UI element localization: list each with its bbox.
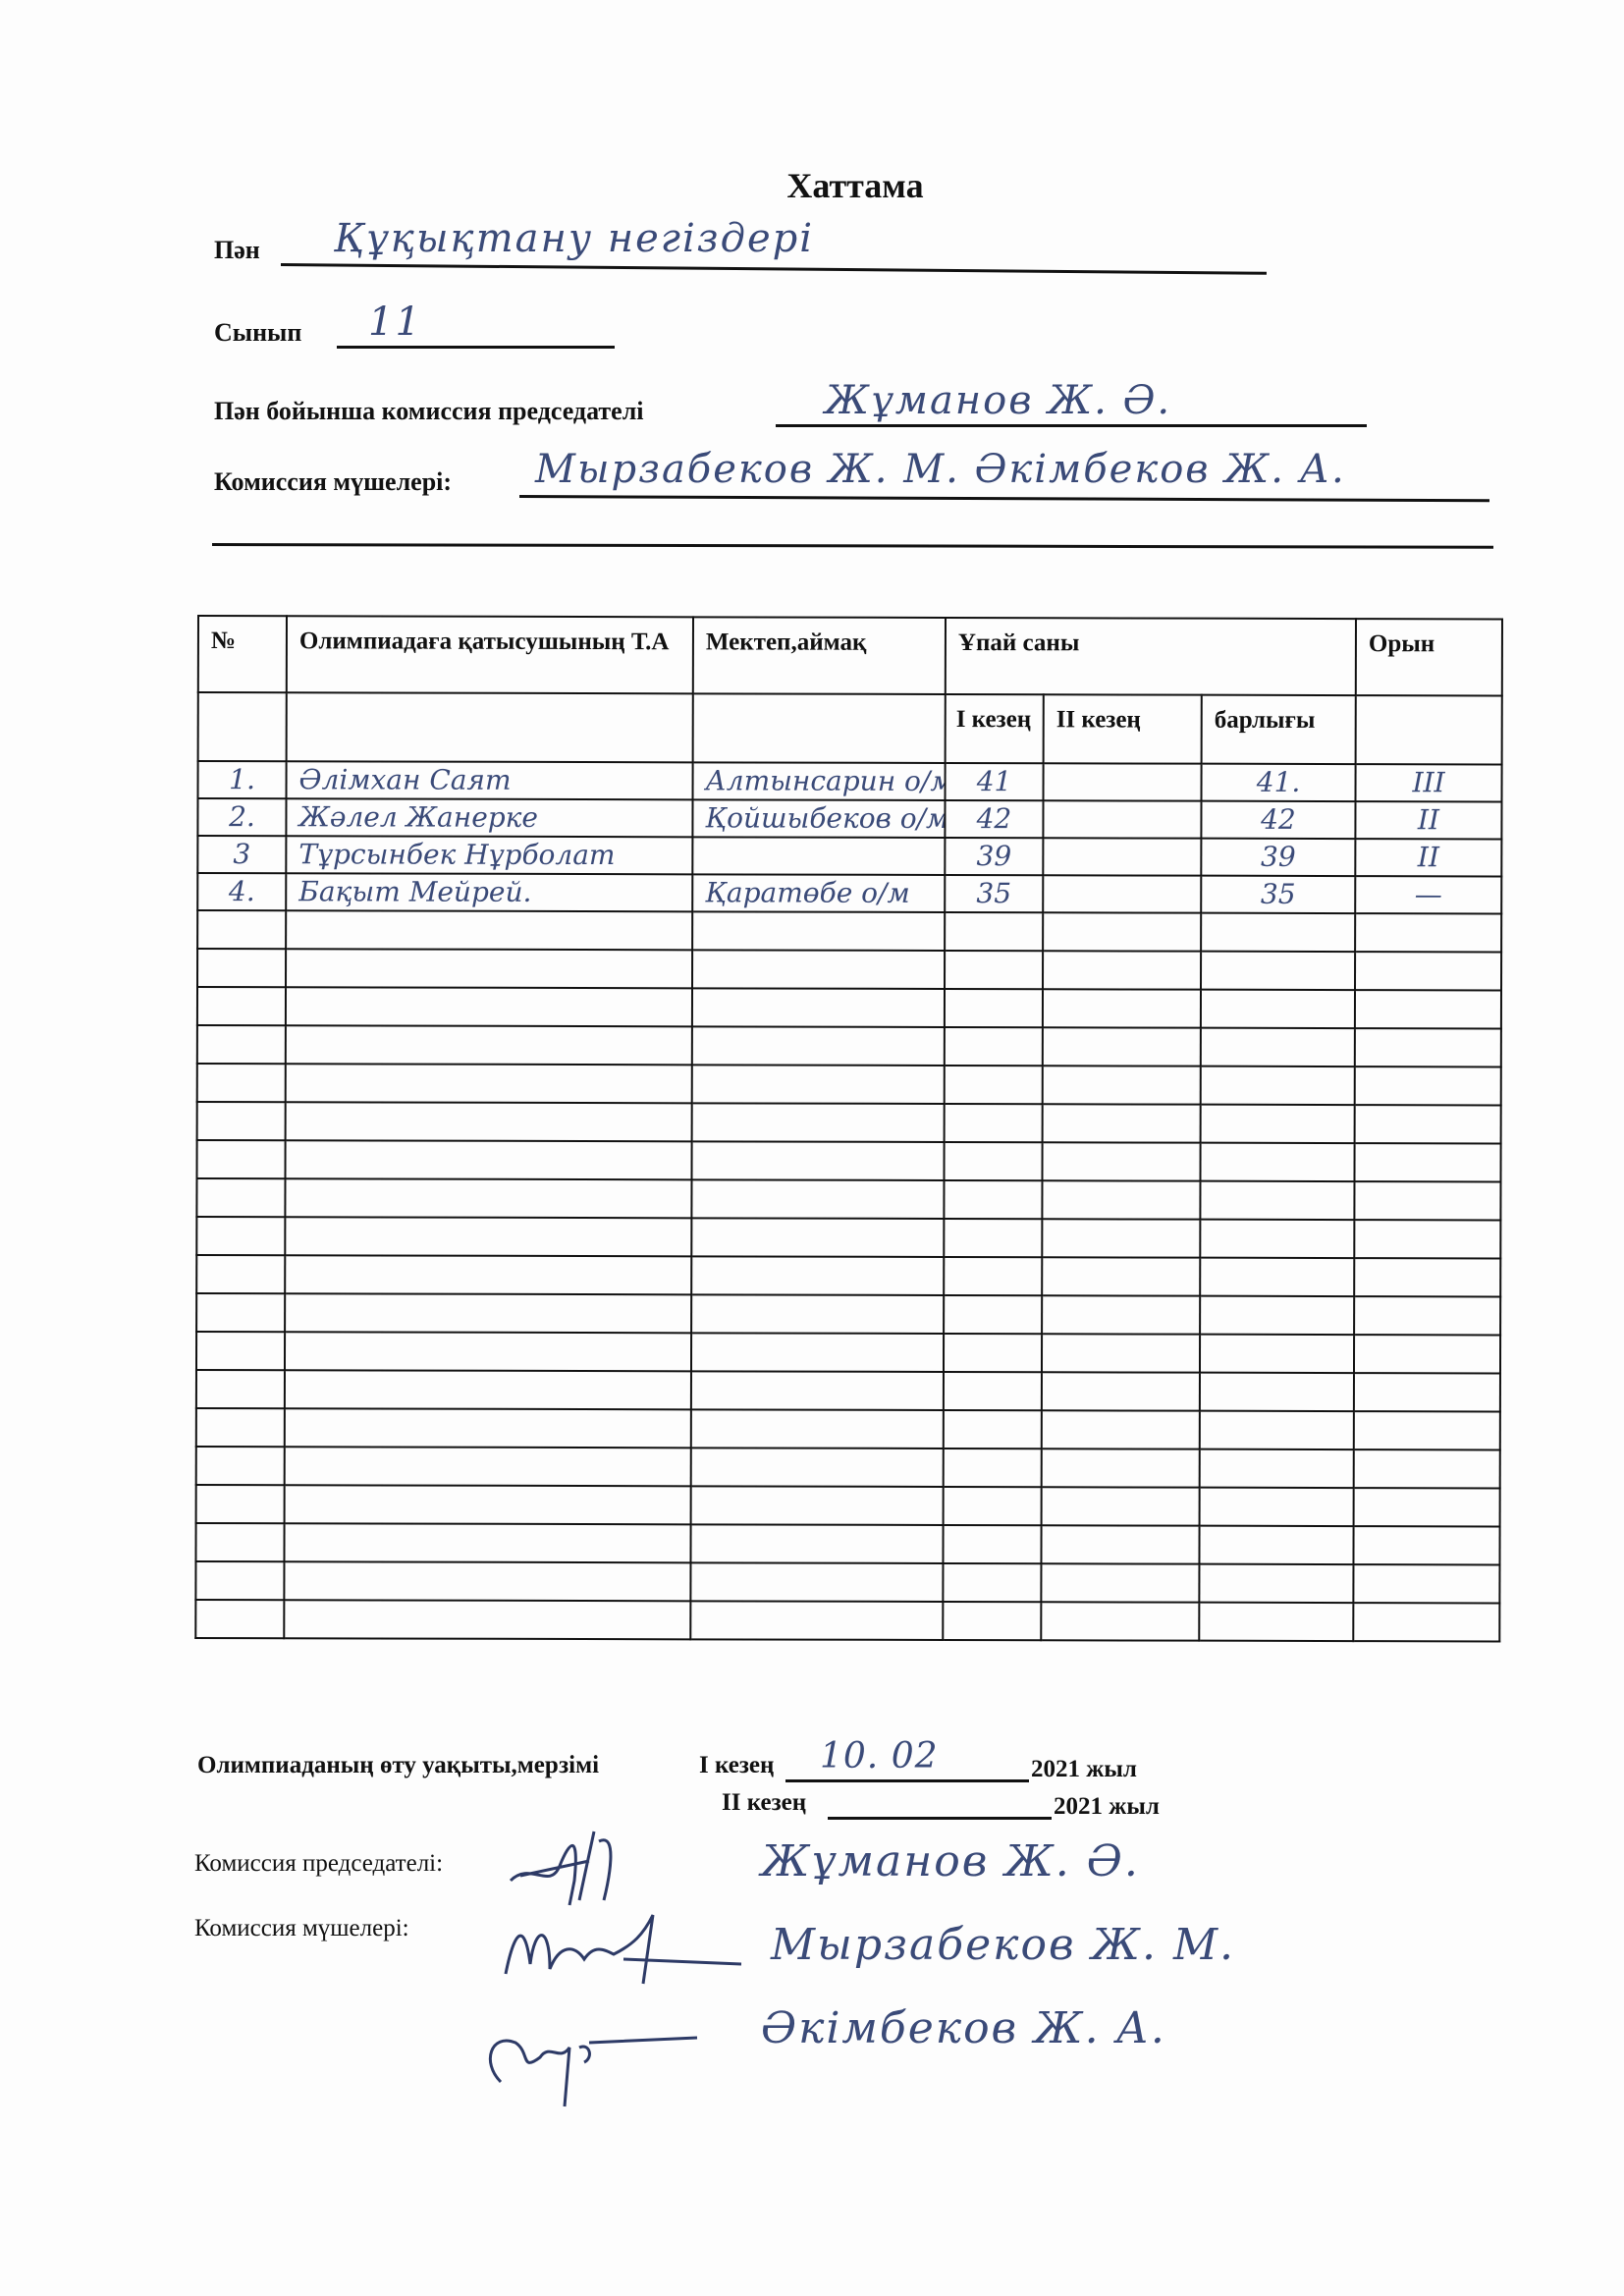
empty-cell[interactable] bbox=[943, 1602, 1041, 1640]
empty-cell[interactable] bbox=[285, 1140, 691, 1179]
empty-cell[interactable] bbox=[1201, 1066, 1355, 1105]
empty-cell[interactable] bbox=[286, 987, 692, 1026]
empty-cell[interactable] bbox=[1354, 1335, 1500, 1373]
results-table: № Олимпиадаға қатысушының Т.А Мектеп,айм… bbox=[194, 615, 1503, 1642]
stage1-score[interactable]: 35 bbox=[945, 875, 1043, 912]
document-title: Хаттама bbox=[0, 165, 1624, 206]
empty-cell[interactable] bbox=[691, 1333, 944, 1372]
empty-table-row bbox=[196, 1370, 1500, 1411]
school-name[interactable]: Қойшыбеков о/м bbox=[692, 799, 945, 838]
empty-cell[interactable] bbox=[1042, 1372, 1200, 1410]
place[interactable]: III bbox=[1356, 764, 1502, 801]
empty-cell[interactable] bbox=[691, 1141, 944, 1180]
empty-cell[interactable] bbox=[285, 1332, 691, 1371]
empty-cell[interactable] bbox=[945, 912, 1043, 951]
empty-cell[interactable] bbox=[1355, 1066, 1501, 1105]
empty-table-row bbox=[195, 1600, 1499, 1641]
participant-name[interactable]: Тұрсынбек Нұрболат bbox=[286, 836, 692, 874]
empty-cell[interactable] bbox=[1354, 1220, 1500, 1258]
empty-cell[interactable] bbox=[197, 1064, 286, 1102]
empty-cell[interactable] bbox=[1355, 1028, 1501, 1066]
empty-cell[interactable] bbox=[286, 1064, 692, 1103]
empty-cell[interactable] bbox=[1354, 1181, 1500, 1220]
total-score[interactable]: 41. bbox=[1202, 764, 1356, 801]
empty-cell[interactable] bbox=[284, 1523, 690, 1562]
dates-label: Олимпиаданың өту уақыты,мерзімі bbox=[197, 1752, 599, 1779]
empty-table-row bbox=[196, 1255, 1500, 1296]
empty-cell[interactable] bbox=[1353, 1603, 1499, 1641]
total-score[interactable]: 35 bbox=[1201, 876, 1355, 913]
stage1-score[interactable]: 39 bbox=[945, 838, 1043, 875]
col-header-stage2: II кезең bbox=[1044, 694, 1202, 763]
empty-cell[interactable] bbox=[197, 987, 286, 1025]
empty-cell[interactable] bbox=[1200, 1373, 1354, 1411]
col-header-stage1: I кезең bbox=[946, 694, 1044, 763]
table-row: 1.Әлімхан СаятАлтынсарин о/м4141.III bbox=[198, 761, 1502, 801]
empty-table-row bbox=[197, 949, 1501, 990]
chair-value[interactable]: Жұманов Ж. Ә. bbox=[825, 378, 1171, 423]
empty-cell[interactable] bbox=[1200, 1220, 1354, 1258]
empty-cell[interactable] bbox=[1354, 1488, 1500, 1526]
members-value[interactable]: Мырзабеков Ж. М. Әкімбеков Ж. А. bbox=[535, 447, 1346, 492]
footer-members-label: Комиссия мүшелері: bbox=[194, 1915, 409, 1942]
empty-cell[interactable] bbox=[1200, 1449, 1354, 1488]
empty-table-row bbox=[196, 1140, 1500, 1181]
empty-cell[interactable] bbox=[1354, 1296, 1500, 1335]
empty-cell[interactable] bbox=[195, 1600, 284, 1638]
empty-table-row bbox=[197, 1025, 1501, 1066]
empty-cell[interactable] bbox=[196, 1293, 285, 1332]
empty-cell[interactable] bbox=[197, 910, 286, 949]
empty-cell[interactable] bbox=[944, 1372, 1042, 1410]
subject-underline bbox=[281, 263, 1267, 275]
empty-cell[interactable] bbox=[1042, 1410, 1200, 1449]
participant-name[interactable]: Жәлел Жанерке bbox=[286, 798, 692, 837]
col-header-total: барлығы bbox=[1202, 695, 1356, 764]
empty-cell[interactable] bbox=[1200, 1411, 1354, 1449]
stage1-year: 2021 жыл bbox=[1031, 1756, 1137, 1783]
empty-cell[interactable] bbox=[285, 1485, 691, 1524]
stage2-score[interactable] bbox=[1043, 800, 1201, 838]
empty-cell[interactable] bbox=[1041, 1563, 1199, 1602]
empty-cell[interactable] bbox=[285, 1217, 691, 1256]
col-header-score-group: Ұпай саны bbox=[946, 618, 1356, 695]
subject-value[interactable]: Құқықтану негіздері bbox=[334, 216, 814, 261]
empty-cell[interactable] bbox=[692, 950, 945, 989]
empty-cell[interactable] bbox=[196, 1447, 285, 1485]
chair-underline bbox=[776, 424, 1367, 427]
empty-cell[interactable] bbox=[197, 949, 286, 987]
stage1-date[interactable]: 10. 02 bbox=[820, 1736, 939, 1777]
empty-cell[interactable] bbox=[1043, 912, 1201, 951]
empty-cell[interactable] bbox=[943, 1563, 1041, 1602]
empty-cell[interactable] bbox=[1355, 1105, 1501, 1143]
empty-cell[interactable] bbox=[692, 1065, 945, 1104]
empty-cell[interactable] bbox=[1201, 990, 1355, 1028]
empty-cell[interactable] bbox=[1200, 1335, 1354, 1373]
empty-cell[interactable] bbox=[1355, 990, 1501, 1028]
empty-cell[interactable] bbox=[1199, 1526, 1353, 1564]
empty-cell[interactable] bbox=[195, 1523, 284, 1561]
empty-cell[interactable] bbox=[285, 1255, 691, 1294]
empty-cell[interactable] bbox=[196, 1140, 285, 1178]
empty-cell[interactable] bbox=[1355, 913, 1501, 952]
empty-cell[interactable] bbox=[690, 1524, 943, 1563]
stage2-score[interactable] bbox=[1044, 763, 1202, 800]
empty-table-row bbox=[195, 1523, 1499, 1564]
grade-label: Сынып bbox=[214, 318, 301, 348]
empty-cell[interactable] bbox=[1354, 1449, 1500, 1488]
empty-cell[interactable] bbox=[285, 1178, 691, 1218]
subject-label: Пән bbox=[214, 236, 260, 265]
place[interactable]: II bbox=[1355, 839, 1501, 876]
empty-cell[interactable] bbox=[691, 1218, 944, 1257]
table-row: 4.Бақыт Мейрей.Қаратөбе о/м3535— bbox=[197, 873, 1501, 913]
empty-cell[interactable] bbox=[692, 911, 945, 951]
empty-cell[interactable] bbox=[197, 1025, 286, 1064]
row-number[interactable]: 4. bbox=[197, 873, 286, 910]
empty-cell[interactable] bbox=[1042, 1487, 1200, 1525]
empty-cell[interactable] bbox=[691, 1371, 944, 1410]
empty-cell[interactable] bbox=[1355, 952, 1501, 990]
empty-cell[interactable] bbox=[944, 1449, 1042, 1487]
empty-cell[interactable] bbox=[1043, 1027, 1201, 1066]
header-row: № Олимпиадаға қатысушының Т.А Мектеп,айм… bbox=[198, 616, 1502, 695]
subheader-empty bbox=[1356, 695, 1502, 764]
col-header-number: № bbox=[198, 616, 287, 692]
empty-cell[interactable] bbox=[196, 1217, 285, 1255]
empty-table-row bbox=[196, 1217, 1500, 1258]
school-name[interactable]: Қаратөбе о/м bbox=[692, 874, 945, 912]
grade-underline bbox=[337, 346, 615, 349]
empty-cell[interactable] bbox=[1041, 1525, 1199, 1563]
empty-cell[interactable] bbox=[691, 1256, 944, 1295]
empty-cell[interactable] bbox=[1201, 952, 1355, 990]
stage2-label: II кезең bbox=[722, 1789, 806, 1817]
grade-value[interactable]: 11 bbox=[368, 300, 422, 345]
empty-cell[interactable] bbox=[1043, 1104, 1201, 1142]
footer-chair-name: Жұманов Ж. Ә. bbox=[761, 1836, 1140, 1886]
empty-cell[interactable] bbox=[691, 1448, 944, 1487]
empty-table-row bbox=[196, 1447, 1500, 1488]
empty-cell[interactable] bbox=[1200, 1258, 1354, 1296]
signature-scribble-icon bbox=[496, 1905, 751, 1994]
empty-cell[interactable] bbox=[1201, 1105, 1355, 1143]
members-label: Комиссия мүшелері: bbox=[214, 467, 452, 497]
empty-cell[interactable] bbox=[286, 910, 692, 950]
empty-cell[interactable] bbox=[1041, 1602, 1199, 1640]
empty-cell[interactable] bbox=[1042, 1219, 1200, 1257]
empty-cell[interactable] bbox=[286, 1025, 692, 1065]
empty-cell[interactable] bbox=[1042, 1295, 1200, 1334]
empty-cell[interactable] bbox=[1200, 1143, 1354, 1181]
member-2-name: Әкімбеков Ж. А. bbox=[761, 2003, 1166, 2053]
empty-cell[interactable] bbox=[1353, 1526, 1499, 1564]
members-underline bbox=[519, 495, 1489, 502]
empty-cell[interactable] bbox=[1354, 1258, 1500, 1296]
empty-table-row bbox=[196, 1408, 1500, 1449]
empty-cell[interactable] bbox=[1042, 1142, 1200, 1180]
subheader-empty bbox=[287, 692, 693, 762]
stage1-date-underline bbox=[785, 1779, 1029, 1782]
empty-cell[interactable] bbox=[944, 1487, 1042, 1525]
empty-cell[interactable] bbox=[286, 949, 692, 988]
empty-cell[interactable] bbox=[1199, 1603, 1353, 1641]
empty-cell[interactable] bbox=[1043, 989, 1201, 1027]
empty-cell[interactable] bbox=[692, 1103, 945, 1142]
empty-cell[interactable] bbox=[1201, 1028, 1355, 1066]
empty-cell[interactable] bbox=[196, 1332, 285, 1370]
member-1-signature[interactable] bbox=[496, 1905, 751, 2004]
empty-table-row bbox=[197, 910, 1501, 952]
empty-cell[interactable] bbox=[690, 1562, 943, 1602]
empty-table-row bbox=[195, 1561, 1499, 1603]
empty-table-row bbox=[197, 987, 1501, 1028]
subheader-row: I кезең II кезең барлығы bbox=[198, 692, 1502, 764]
empty-cell[interactable] bbox=[196, 1178, 285, 1217]
subheader-empty bbox=[198, 692, 287, 761]
empty-cell[interactable] bbox=[691, 1179, 944, 1219]
empty-cell[interactable] bbox=[1199, 1564, 1353, 1603]
empty-cell[interactable] bbox=[197, 1102, 286, 1140]
empty-cell[interactable] bbox=[944, 1410, 1042, 1449]
empty-cell[interactable] bbox=[944, 1180, 1042, 1219]
empty-cell[interactable] bbox=[1200, 1488, 1354, 1526]
stage2-date-underline bbox=[828, 1817, 1052, 1820]
member-1-name: Мырзабеков Ж. М. bbox=[771, 1920, 1235, 1970]
empty-table-row bbox=[197, 1064, 1501, 1105]
empty-table-row bbox=[196, 1332, 1500, 1373]
empty-cell[interactable] bbox=[284, 1561, 690, 1601]
empty-cell[interactable] bbox=[195, 1561, 284, 1600]
empty-cell[interactable] bbox=[690, 1601, 943, 1640]
empty-cell[interactable] bbox=[196, 1408, 285, 1447]
stage2-score[interactable] bbox=[1043, 875, 1201, 912]
empty-table-row bbox=[196, 1293, 1500, 1335]
empty-cell[interactable] bbox=[943, 1525, 1041, 1563]
participant-name[interactable]: Бақыт Мейрей. bbox=[286, 873, 692, 911]
empty-cell[interactable] bbox=[1354, 1411, 1500, 1449]
stage1-score[interactable]: 42 bbox=[945, 800, 1043, 838]
empty-cell[interactable] bbox=[196, 1255, 285, 1293]
empty-cell[interactable] bbox=[1200, 1296, 1354, 1335]
empty-cell[interactable] bbox=[945, 951, 1043, 989]
empty-cell[interactable] bbox=[1043, 951, 1201, 989]
empty-cell[interactable] bbox=[944, 1142, 1042, 1180]
empty-cell[interactable] bbox=[285, 1447, 691, 1486]
row-number[interactable]: 3 bbox=[197, 836, 286, 873]
row-number[interactable]: 2. bbox=[197, 798, 286, 836]
empty-cell[interactable] bbox=[1201, 913, 1355, 952]
footer-chair-label: Комиссия председателі: bbox=[194, 1850, 443, 1878]
place[interactable]: II bbox=[1355, 801, 1501, 839]
empty-cell[interactable] bbox=[196, 1370, 285, 1408]
signature-scribble-icon bbox=[471, 2003, 707, 2111]
stage2-score[interactable] bbox=[1043, 838, 1201, 875]
empty-cell[interactable] bbox=[944, 1257, 1042, 1295]
empty-cell[interactable] bbox=[692, 1026, 945, 1066]
empty-cell[interactable] bbox=[196, 1485, 285, 1523]
empty-cell[interactable] bbox=[286, 1102, 692, 1141]
col-header-place: Орын bbox=[1356, 619, 1502, 695]
empty-table-row bbox=[197, 1102, 1501, 1143]
signature-scribble-icon bbox=[501, 1822, 677, 1910]
empty-cell[interactable] bbox=[691, 1486, 944, 1525]
empty-cell[interactable] bbox=[944, 1334, 1042, 1372]
chair-label: Пән бойынша комиссия председателі bbox=[214, 397, 644, 426]
table-row: 2.Жәлел ЖанеркеҚойшыбеков о/м4242II bbox=[197, 798, 1501, 839]
school-name[interactable]: Алтынсарин о/м bbox=[693, 762, 946, 800]
empty-cell[interactable] bbox=[944, 1219, 1042, 1257]
empty-cell[interactable] bbox=[1042, 1180, 1200, 1219]
subheader-empty bbox=[693, 693, 946, 763]
empty-cell[interactable] bbox=[692, 988, 945, 1027]
section-divider bbox=[212, 543, 1493, 549]
col-header-participant: Олимпиадаға қатысушының Т.А bbox=[287, 616, 693, 693]
empty-cell[interactable] bbox=[284, 1600, 690, 1639]
total-score[interactable]: 42 bbox=[1201, 801, 1355, 839]
empty-cell[interactable] bbox=[1043, 1066, 1201, 1104]
empty-cell[interactable] bbox=[945, 989, 1043, 1027]
member-2-signature[interactable] bbox=[471, 2003, 707, 2122]
empty-cell[interactable] bbox=[285, 1370, 691, 1409]
row-number[interactable]: 1. bbox=[198, 761, 287, 798]
empty-cell[interactable] bbox=[285, 1293, 691, 1333]
stage2-year: 2021 жыл bbox=[1054, 1793, 1160, 1821]
empty-cell[interactable] bbox=[1042, 1449, 1200, 1487]
school-name[interactable] bbox=[692, 837, 945, 875]
empty-cell[interactable] bbox=[691, 1409, 944, 1449]
empty-cell[interactable] bbox=[1042, 1334, 1200, 1372]
empty-cell[interactable] bbox=[1353, 1564, 1499, 1603]
total-score[interactable]: 39 bbox=[1201, 839, 1355, 876]
empty-cell[interactable] bbox=[945, 1066, 1043, 1104]
stage1-label: I кезең bbox=[699, 1752, 774, 1779]
empty-cell[interactable] bbox=[944, 1295, 1042, 1334]
table-row: 3Тұрсынбек Нұрболат3939II bbox=[197, 836, 1501, 876]
col-header-school: Мектеп,аймақ bbox=[693, 617, 946, 694]
place[interactable]: — bbox=[1355, 876, 1501, 913]
empty-cell[interactable] bbox=[1354, 1373, 1500, 1411]
participant-name[interactable]: Әлімхан Саят bbox=[287, 761, 693, 799]
empty-table-row bbox=[196, 1178, 1500, 1220]
stage1-score[interactable]: 41 bbox=[946, 763, 1044, 800]
empty-cell[interactable] bbox=[1354, 1143, 1500, 1181]
empty-table-row bbox=[196, 1485, 1500, 1526]
empty-cell[interactable] bbox=[945, 1104, 1043, 1142]
empty-cell[interactable] bbox=[1200, 1181, 1354, 1220]
empty-cell[interactable] bbox=[691, 1294, 944, 1334]
empty-cell[interactable] bbox=[1042, 1257, 1200, 1295]
empty-cell[interactable] bbox=[945, 1027, 1043, 1066]
empty-cell[interactable] bbox=[285, 1408, 691, 1448]
